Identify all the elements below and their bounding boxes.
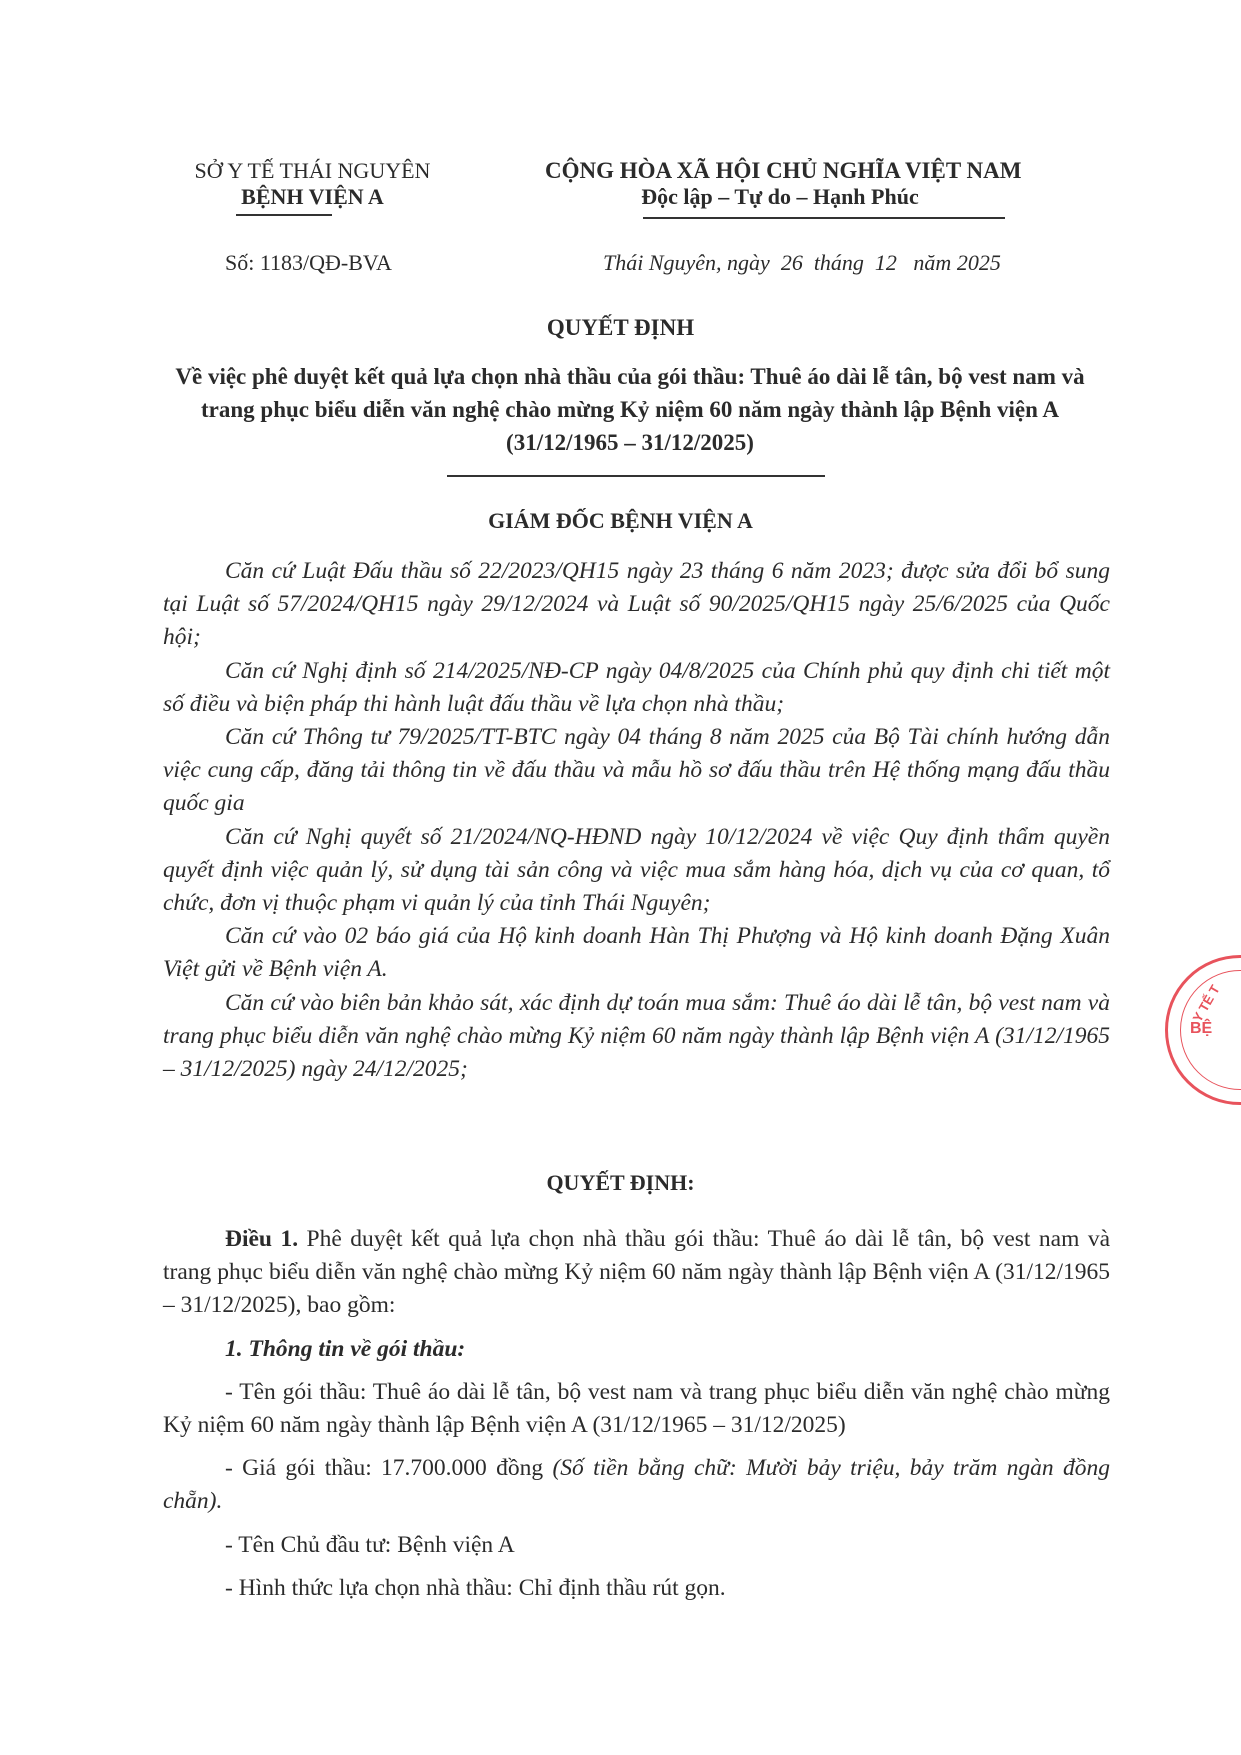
issuer-title: GIÁM ĐỐC BỆNH VIỆN A (0, 508, 1241, 534)
package-name: - Tên gói thầu: Thuê áo dài lễ tân, bộ v… (163, 1376, 1110, 1442)
legal-basis-item: Căn cứ Nghị quyết số 21/2024/NQ-HĐND ngà… (163, 821, 1110, 921)
selection-method: - Hình thức lựa chọn nhà thầu: Chỉ định … (163, 1572, 1110, 1605)
agency-header: SỞ Y TẾ THÁI NGUYÊN BỆNH VIỆN A (150, 158, 475, 210)
article-1-intro: Điều 1. Phê duyệt kết quả lựa chọn nhà t… (163, 1223, 1110, 1323)
document-title: QUYẾT ĐỊNH (0, 315, 1241, 341)
legal-basis-item: Căn cứ Nghị định số 214/2025/NĐ-CP ngày … (163, 655, 1110, 721)
article-1-text: Phê duyệt kết quả lựa chọn nhà thầu gói … (163, 1226, 1110, 1318)
document-subject: Về việc phê duyệt kết quả lựa chọn nhà t… (150, 360, 1110, 459)
agency-name: BỆNH VIỆN A (150, 184, 475, 210)
legal-basis-item: Căn cứ vào biên bản khảo sát, xác định d… (163, 987, 1110, 1087)
official-seal-stamp: Y TẾ T BỆ (1165, 955, 1241, 1105)
document-number: Số: 1183/QĐ-BVA (225, 250, 392, 276)
legal-basis-item: Căn cứ Thông tư 79/2025/TT-BTC ngày 04 t… (163, 721, 1110, 821)
seal-center-text: BỆ (1190, 1020, 1212, 1038)
investor: - Tên Chủ đầu tư: Bệnh viện A (163, 1529, 1110, 1562)
section-1-title: 1. Thông tin về gói thầu: (163, 1333, 1110, 1366)
article-1-label: Điều 1. (225, 1226, 298, 1252)
legal-basis-item: Căn cứ Luật Đấu thầu số 22/2023/QH15 ngà… (163, 555, 1110, 655)
legal-basis-item: Căn cứ vào 02 báo giá của Hộ kinh doanh … (163, 920, 1110, 986)
national-header: CỘNG HÒA XÃ HỘI CHỦ NGHĨA VIỆT NAM Độc l… (545, 158, 1015, 210)
motto-underline (643, 217, 1005, 219)
place-date: Thái Nguyên, ngày 26 tháng 12 năm 2025 (603, 250, 1001, 276)
parent-agency: SỞ Y TẾ THÁI NGUYÊN (150, 158, 475, 184)
motto: Độc lập – Tự do – Hạnh Phúc (545, 184, 1015, 210)
package-price: - Giá gói thầu: 17.700.000 đồng (Số tiền… (163, 1452, 1110, 1518)
price-value: - Giá gói thầu: 17.700.000 đồng (225, 1455, 552, 1481)
legal-bases: Căn cứ Luật Đấu thầu số 22/2023/QH15 ngà… (163, 555, 1110, 1086)
agency-underline (236, 214, 332, 216)
article-1: Điều 1. Phê duyệt kết quả lựa chọn nhà t… (163, 1223, 1110, 1615)
method-label: - Hình thức lựa chọn nhà thầu (225, 1575, 506, 1601)
decision-heading: QUYẾT ĐỊNH: (0, 1170, 1241, 1196)
subject-underline (447, 475, 825, 477)
country-name: CỘNG HÒA XÃ HỘI CHỦ NGHĨA VIỆT NAM (545, 158, 1015, 184)
method-value: : Chỉ định thầu rút gọn. (506, 1575, 725, 1601)
